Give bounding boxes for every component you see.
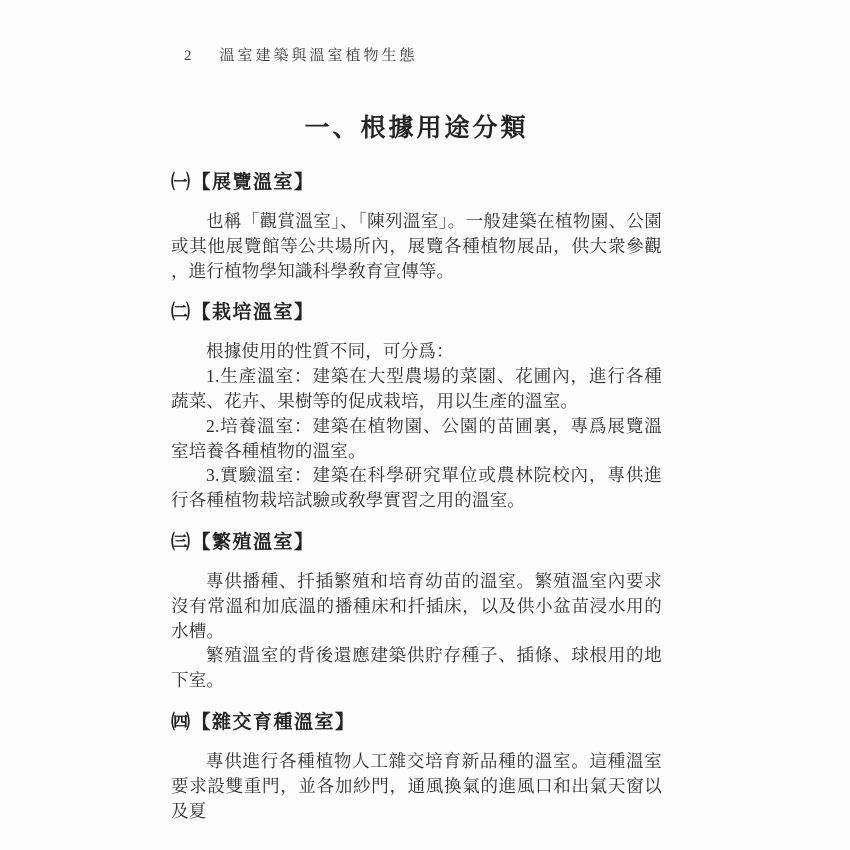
paragraph-list-item: 3.實驗溫室：建築在科學研究單位或農林院校內，專供進行各種植物栽培試驗或敎學實習… [171,463,662,513]
paragraph: 也稱「觀賞溫室」、「陳列溫室」。一般建築在植物園、公園或其他展覽館等公共場所內，… [171,209,662,283]
paragraph: 專供進行各種植物人工雜交培育新品種的溫室。這種溫室要求設雙重門，並各加紗門，通風… [171,749,662,823]
section-heading: ㈠【展覽溫室】 [171,170,662,195]
page-number: 2 [184,47,192,66]
section-heading: ㈢【繁殖溫室】 [171,530,662,555]
paragraph-list-item: 2.培養溫室：建築在植物園、公園的苗圃裏，專爲展覽溫室培養各種植物的溫室。 [171,414,662,464]
page-content: 2 溫室建築與溫室植物生態 一、根據用途分類 ㈠【展覽溫室】 也稱「觀賞溫室」、… [171,0,662,823]
paragraph: 繁殖溫室的背後還應建築供貯存種子、插條、球根用的地下室。 [171,643,662,693]
section-exhibition-greenhouse: ㈠【展覽溫室】 也稱「觀賞溫室」、「陳列溫室」。一般建築在植物園、公園或其他展覽… [171,170,662,283]
running-title: 溫室建築與溫室植物生態 [220,47,418,66]
book-page: 2 溫室建築與溫室植物生態 一、根據用途分類 ㈠【展覽溫室】 也稱「觀賞溫室」、… [0,0,850,850]
section-heading: ㈡【栽培溫室】 [171,300,662,325]
section-heading: ㈣【雜交育種溫室】 [171,710,662,735]
running-header: 2 溫室建築與溫室植物生態 [184,47,662,66]
sections-container: ㈠【展覽溫室】 也稱「觀賞溫室」、「陳列溫室」。一般建築在植物園、公園或其他展覽… [171,170,662,823]
section-cultivation-greenhouse: ㈡【栽培溫室】 根據使用的性質不同，可分爲： 1.生產溫室：建築在大型農場的菜園… [171,300,662,513]
section-hybridization-greenhouse: ㈣【雜交育種溫室】 專供進行各種植物人工雜交培育新品種的溫室。這種溫室要求設雙重… [171,710,662,823]
section-propagation-greenhouse: ㈢【繁殖溫室】 專供播種、扦插繁殖和培育幼苗的溫室。繁殖溫室內要求沒有常溫和加底… [171,530,662,693]
paragraph-list-item: 1.生產溫室：建築在大型農場的菜園、花圃內，進行各種蔬菜、花卉、果樹等的促成栽培… [171,364,662,414]
paragraph: 專供播種、扦插繁殖和培育幼苗的溫室。繁殖溫室內要求沒有常溫和加底溫的播種床和扦插… [171,569,662,643]
chapter-title: 一、根據用途分類 [171,112,662,146]
paragraph: 根據使用的性質不同，可分爲： [171,339,662,364]
